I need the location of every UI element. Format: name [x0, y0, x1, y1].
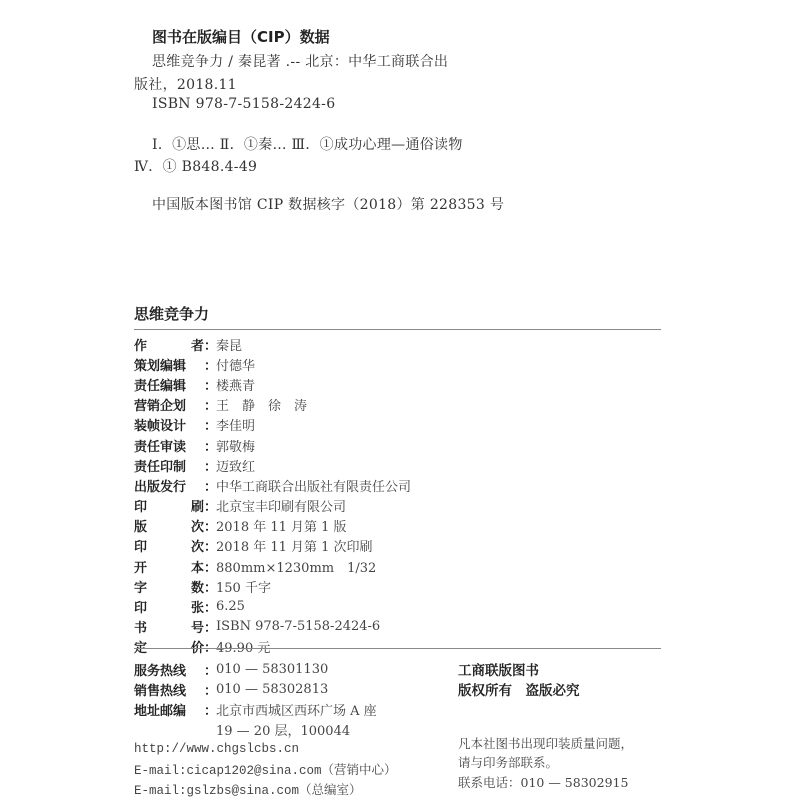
info-label-part: 印	[134, 536, 147, 555]
colon: ：	[204, 456, 216, 475]
notice-line-1: 凡本社图书出现印装质量问题，	[458, 733, 633, 753]
cip-line-1: 思维竞争力 / 秦昆著 .-- 北京：中华工商联合出	[152, 51, 448, 71]
cip-title: 图书在版编目（CIP）数据	[152, 26, 330, 47]
info-label-part: 刷	[191, 496, 204, 515]
info-label: 开本	[134, 557, 204, 576]
colon: ：	[204, 536, 216, 555]
info-value: 楼燕青	[216, 375, 255, 394]
info-value: 880mm×1230mm 1/32	[216, 557, 376, 576]
info-label-part: 次	[191, 516, 204, 535]
info-row: 出版发行：中华工商联合出版社有限责任公司	[134, 475, 411, 495]
info-row: 定价：49.90 元	[134, 637, 411, 657]
service-hotline-value: 010 — 58301130	[216, 662, 328, 677]
info-value: 王 静 徐 涛	[216, 395, 307, 414]
info-label: 印张	[134, 597, 204, 616]
info-row: 开本：880mm×1230mm 1/32	[134, 556, 411, 576]
notice-line-2: 请与印务部联系。	[458, 753, 633, 773]
info-label-part: 张	[191, 597, 204, 616]
info-label: 责任编辑	[134, 375, 204, 394]
notice-phone: 联系电话：010 — 58302915	[458, 772, 633, 792]
cip-classification-2: Ⅳ．① B848.4-49	[134, 156, 257, 176]
publisher-series: 工商联版图书	[458, 659, 580, 679]
service-hotline-row: 服务热线：010 — 58301130	[134, 659, 397, 679]
info-value: 北京宝丰印刷有限公司	[216, 496, 346, 515]
info-label: 营销企划	[134, 395, 204, 414]
info-row: 书号：ISBN 978-7-5158-2424-6	[134, 617, 411, 637]
book-title: 思维竞争力	[134, 303, 209, 324]
address-line-2: 19 — 20 层，100044	[216, 720, 350, 739]
info-row: 策划编辑：付德华	[134, 354, 411, 374]
info-row: 作者：秦昆	[134, 334, 411, 354]
info-value: ISBN 978-7-5158-2424-6	[216, 619, 380, 634]
quality-notice: 凡本社图书出现印装质量问题， 请与印务部联系。 联系电话：010 — 58302…	[458, 733, 633, 792]
info-label-part: 次	[191, 536, 204, 555]
colon: ：	[204, 355, 216, 374]
sales-hotline-label: 销售热线	[134, 680, 204, 699]
sales-hotline-row: 销售热线：010 — 58302813	[134, 679, 397, 699]
address-row-2: 19 — 20 层，100044	[134, 719, 397, 739]
info-label: 字数	[134, 577, 204, 596]
cip-record-number: 中国版本图书馆 CIP 数据核字（2018）第 228353 号	[152, 194, 504, 214]
info-label: 责任审读	[134, 436, 204, 455]
info-label: 书号	[134, 617, 204, 636]
info-label: 定价	[134, 637, 204, 656]
colon: ：	[204, 436, 216, 455]
colon: ：	[204, 680, 216, 699]
colon: ：	[204, 617, 216, 636]
info-row: 责任编辑：楼燕青	[134, 374, 411, 394]
address-label: 地址邮编	[134, 700, 204, 719]
info-label-part: 装帧设计	[134, 415, 186, 434]
info-label: 作者	[134, 335, 204, 354]
email-marketing[interactable]: E-mail:cicap1202@sina.com（营销中心）	[134, 759, 397, 779]
info-label-part: 出版发行	[134, 476, 186, 495]
colon: ：	[204, 660, 216, 679]
email-editorial[interactable]: E-mail:gslzbs@sina.com（总编室）	[134, 779, 397, 799]
info-row: 责任印制：迈致红	[134, 455, 411, 475]
colon: ：	[204, 516, 216, 535]
cip-classification-1: Ⅰ．①思… Ⅱ．①秦… Ⅲ．①成功心理—通俗读物	[152, 134, 463, 154]
info-label: 印次	[134, 536, 204, 555]
info-label-part: 策划编辑	[134, 355, 186, 374]
service-hotline-label: 服务热线	[134, 660, 204, 679]
info-value: 49.90 元	[216, 637, 270, 656]
address-row: 地址邮编：北京市西城区西环广场 A 座	[134, 699, 397, 719]
info-label: 版次	[134, 516, 204, 535]
info-value: 2018 年 11 月第 1 版	[216, 516, 347, 535]
info-value: 6.25	[216, 599, 245, 614]
cip-isbn: ISBN 978-7-5158-2424-6	[152, 96, 335, 112]
sales-hotline-value: 010 — 58302813	[216, 682, 328, 697]
info-row: 装帧设计：李佳明	[134, 415, 411, 435]
info-value: 秦昆	[216, 335, 242, 354]
info-value: 迈致红	[216, 456, 255, 475]
info-row: 印刷：北京宝丰印刷有限公司	[134, 496, 411, 516]
colon: ：	[204, 476, 216, 495]
info-value: 中华工商联合出版社有限责任公司	[216, 476, 411, 495]
info-label-part: 字	[134, 577, 147, 596]
info-label-part: 版	[134, 516, 147, 535]
info-label-part: 责任审读	[134, 436, 186, 455]
info-label-part: 作	[134, 335, 147, 354]
info-label: 装帧设计	[134, 415, 204, 434]
info-label: 出版发行	[134, 476, 204, 495]
info-label-part: 印	[134, 597, 147, 616]
address-line-1: 北京市西城区西环广场 A 座	[216, 700, 377, 719]
info-label-part: 定	[134, 637, 147, 656]
colon: ：	[204, 700, 216, 719]
colon: ：	[204, 577, 216, 596]
info-label-part: 责任印制	[134, 456, 186, 475]
info-label-part: 数	[191, 577, 204, 596]
divider-top	[134, 329, 661, 330]
colon: ：	[204, 335, 216, 354]
info-row: 字数：150 千字	[134, 576, 411, 596]
info-label-part: 号	[191, 617, 204, 636]
info-label-part: 者	[191, 335, 204, 354]
info-value: 150 千字	[216, 577, 271, 596]
colon: ：	[204, 637, 216, 656]
copyright-notice: 版权所有 盗版必究	[458, 679, 580, 699]
colon: ：	[204, 557, 216, 576]
colon: ：	[204, 375, 216, 394]
info-label-part: 价	[191, 637, 204, 656]
info-row: 印次：2018 年 11 月第 1 次印刷	[134, 536, 411, 556]
website-link[interactable]: http://www.chgslcbs.cn	[134, 739, 397, 759]
info-label: 印刷	[134, 496, 204, 515]
info-row: 责任审读：郭敬梅	[134, 435, 411, 455]
info-value: 2018 年 11 月第 1 次印刷	[216, 536, 373, 555]
info-row: 版次：2018 年 11 月第 1 版	[134, 516, 411, 536]
cip-line-2: 版社，2018.11	[134, 74, 237, 94]
info-label: 责任印制	[134, 456, 204, 475]
colon: ：	[204, 496, 216, 515]
info-label-part: 书	[134, 617, 147, 636]
info-label: 策划编辑	[134, 355, 204, 374]
colon: ：	[204, 415, 216, 434]
info-label-part: 营销企划	[134, 395, 186, 414]
info-value: 付德华	[216, 355, 255, 374]
info-value: 郭敬梅	[216, 436, 255, 455]
info-row: 印张：6.25	[134, 596, 411, 616]
colon: ：	[204, 597, 216, 616]
info-label-part: 责任编辑	[134, 375, 186, 394]
info-label-part: 印	[134, 496, 147, 515]
publication-info-table: 作者：秦昆策划编辑：付德华责任编辑：楼燕青营销企划：王 静 徐 涛装帧设计：李佳…	[134, 334, 411, 657]
divider-bottom	[134, 648, 661, 649]
colon: ：	[204, 395, 216, 414]
info-label-part: 本	[191, 557, 204, 576]
contact-block: 服务热线：010 — 58301130 销售热线：010 — 58302813 …	[134, 659, 397, 799]
copyright-block: 工商联版图书 版权所有 盗版必究	[458, 659, 580, 699]
info-label-part: 开	[134, 557, 147, 576]
info-value: 李佳明	[216, 415, 255, 434]
info-row: 营销企划：王 静 徐 涛	[134, 395, 411, 415]
